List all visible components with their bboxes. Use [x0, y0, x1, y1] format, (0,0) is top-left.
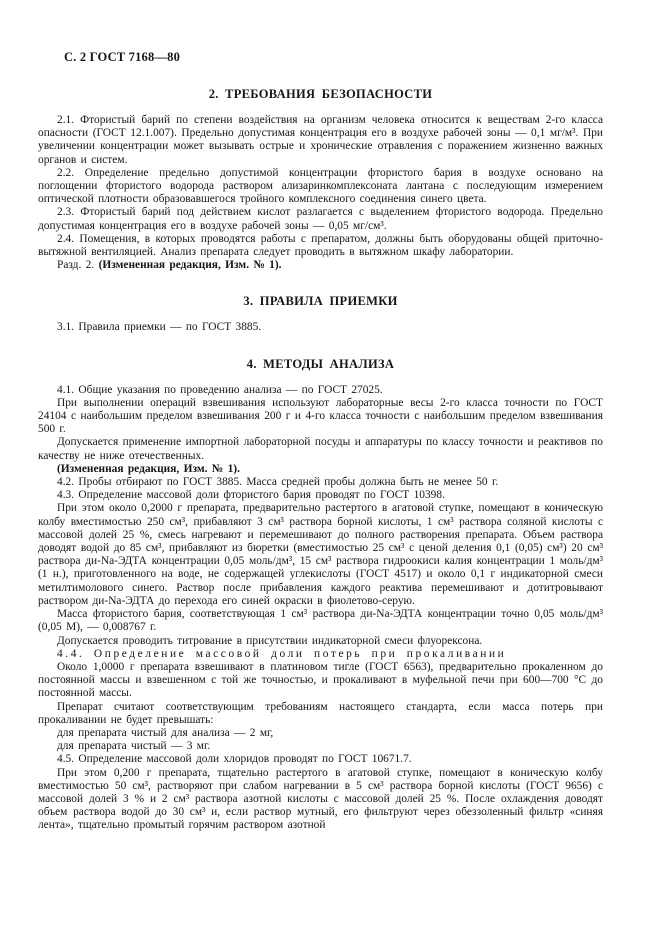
paragraph-limit-pure-grade: для препарата чистый — 3 мг.: [38, 740, 603, 753]
paragraph-2-1: 2.1. Фтористый барий по степени воздейст…: [38, 114, 603, 167]
paragraph-limit-analytical-grade: для препарата чистый для анализа — 2 мг,: [38, 727, 603, 740]
paragraph-imported-equipment: Допускается применение импортной лаборат…: [38, 436, 603, 462]
paragraph-4-5-procedure: При этом 0,200 г препарата, тщательно ра…: [38, 767, 603, 833]
paragraph-4-3: 4.3. Определение массовой доли фтористог…: [38, 489, 603, 502]
paragraph-4-3-procedure: При этом около 0,2000 г препарата, предв…: [38, 502, 603, 608]
paragraph-4-5: 4.5. Определение массовой доли хлоридов …: [38, 753, 603, 766]
paragraph-4-4-procedure: Около 1,0000 г препарата взвешивают в пл…: [38, 661, 603, 701]
section-2-heading: 2. ТРЕБОВАНИЯ БЕЗОПАСНОСТИ: [38, 87, 603, 102]
running-header: С. 2 ГОСТ 7168—80: [64, 50, 603, 65]
paragraph-4-1: 4.1. Общие указания по проведению анализ…: [38, 384, 603, 397]
section-4-heading: 4. МЕТОДЫ АНАЛИЗА: [38, 357, 603, 372]
amendment-note: (Измененная редакция, Изм. № 1).: [99, 259, 282, 271]
paragraph-section-2-amendment: Разд. 2. (Измененная редакция, Изм. № 1)…: [38, 259, 603, 272]
paragraph-4-2: 4.2. Пробы отбирают по ГОСТ 3885. Масса …: [38, 476, 603, 489]
document-page: С. 2 ГОСТ 7168—80 2. ТРЕБОВАНИЯ БЕЗОПАСН…: [0, 0, 661, 936]
paragraph-3-1: 3.1. Правила приемки — по ГОСТ 3885.: [38, 321, 603, 334]
paragraph-4-4-heading: 4.4. Определение массовой доли потерь пр…: [38, 648, 603, 661]
section-3-heading: 3. ПРАВИЛА ПРИЕМКИ: [38, 294, 603, 309]
amendment-prefix: Разд. 2.: [57, 259, 99, 271]
paragraph-section-4-amendment: (Измененная редакция, Изм. № 1).: [38, 463, 603, 476]
paragraph-2-4: 2.4. Помещения, в которых проводятся раб…: [38, 233, 603, 259]
paragraph-weighing-rules: При выполнении операций взвешивания испо…: [38, 397, 603, 437]
paragraph-loss-limits-intro: Препарат считают соответствующим требова…: [38, 701, 603, 727]
paragraph-fluorexon-titration: Допускается проводить титрование в прису…: [38, 635, 603, 648]
paragraph-2-2: 2.2. Определение предельно допустимой ко…: [38, 167, 603, 207]
paragraph-barium-fluoride-mass: Масса фтористого бария, соответствующая …: [38, 608, 603, 634]
paragraph-2-3: 2.3. Фтористый барий под действием кисло…: [38, 206, 603, 232]
